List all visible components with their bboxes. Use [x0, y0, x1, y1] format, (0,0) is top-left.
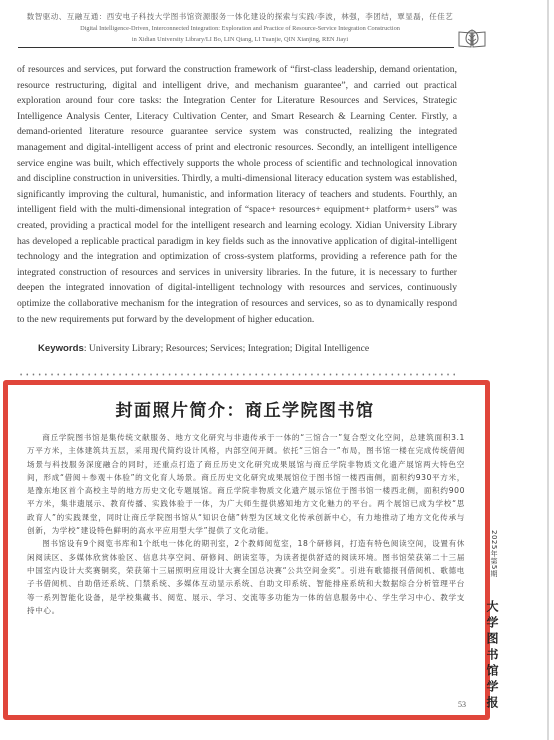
running-header-cn: 数智驱动、互融互通：西安电子科技大学图书馆资源服务一体化建设的探索与实践/李波，… — [20, 11, 460, 23]
journal-page: 数智驱动、互融互通：西安电子科技大学图书馆资源服务一体化建设的探索与实践/李波，… — [0, 0, 554, 740]
issue-label: 2025年第5期 — [489, 530, 499, 577]
english-abstract: of resources and services, put forward t… — [17, 62, 457, 327]
abstract-text: of resources and services, put forward t… — [17, 62, 457, 327]
cover-intro-paragraph-1: 商丘学院图书馆是集传统文献服务、地方文化研究与非遗传承于一体的“三馆合一”复合型… — [27, 431, 465, 537]
dotted-separator — [18, 373, 455, 376]
keywords-values: : University Library; Resources; Service… — [84, 343, 369, 354]
cover-intro-title: 封面照片简介：商丘学院图书馆 — [0, 396, 490, 421]
cover-intro-paragraph-2: 图书馆设有9个阅览书库和1个纸电一体化的期刊室，2个教师阅览室，18个研修间，打… — [27, 537, 465, 617]
page-number: 53 — [458, 700, 466, 709]
library-book-logo-icon — [457, 26, 487, 50]
running-header: 数智驱动、互融互通：西安电子科技大学图书馆资源服务一体化建设的探索与实践/李波，… — [20, 11, 460, 46]
running-header-en-2: in Xidian University Library/LI Bo, LIN … — [20, 34, 460, 46]
keywords-line: Keywords: University Library; Resources;… — [38, 343, 369, 354]
keywords-label: Keywords — [38, 343, 84, 354]
cover-intro-body: 商丘学院图书馆是集传统文献服务、地方文化研究与非遗传承于一体的“三馆合一”复合型… — [27, 431, 465, 617]
journal-name: 大学图书馆学报 — [487, 600, 501, 712]
running-header-en-1: Digital Intelligence-Driven, Interconnec… — [20, 23, 460, 35]
header-divider — [18, 47, 454, 48]
page-edge-divider — [547, 0, 549, 740]
